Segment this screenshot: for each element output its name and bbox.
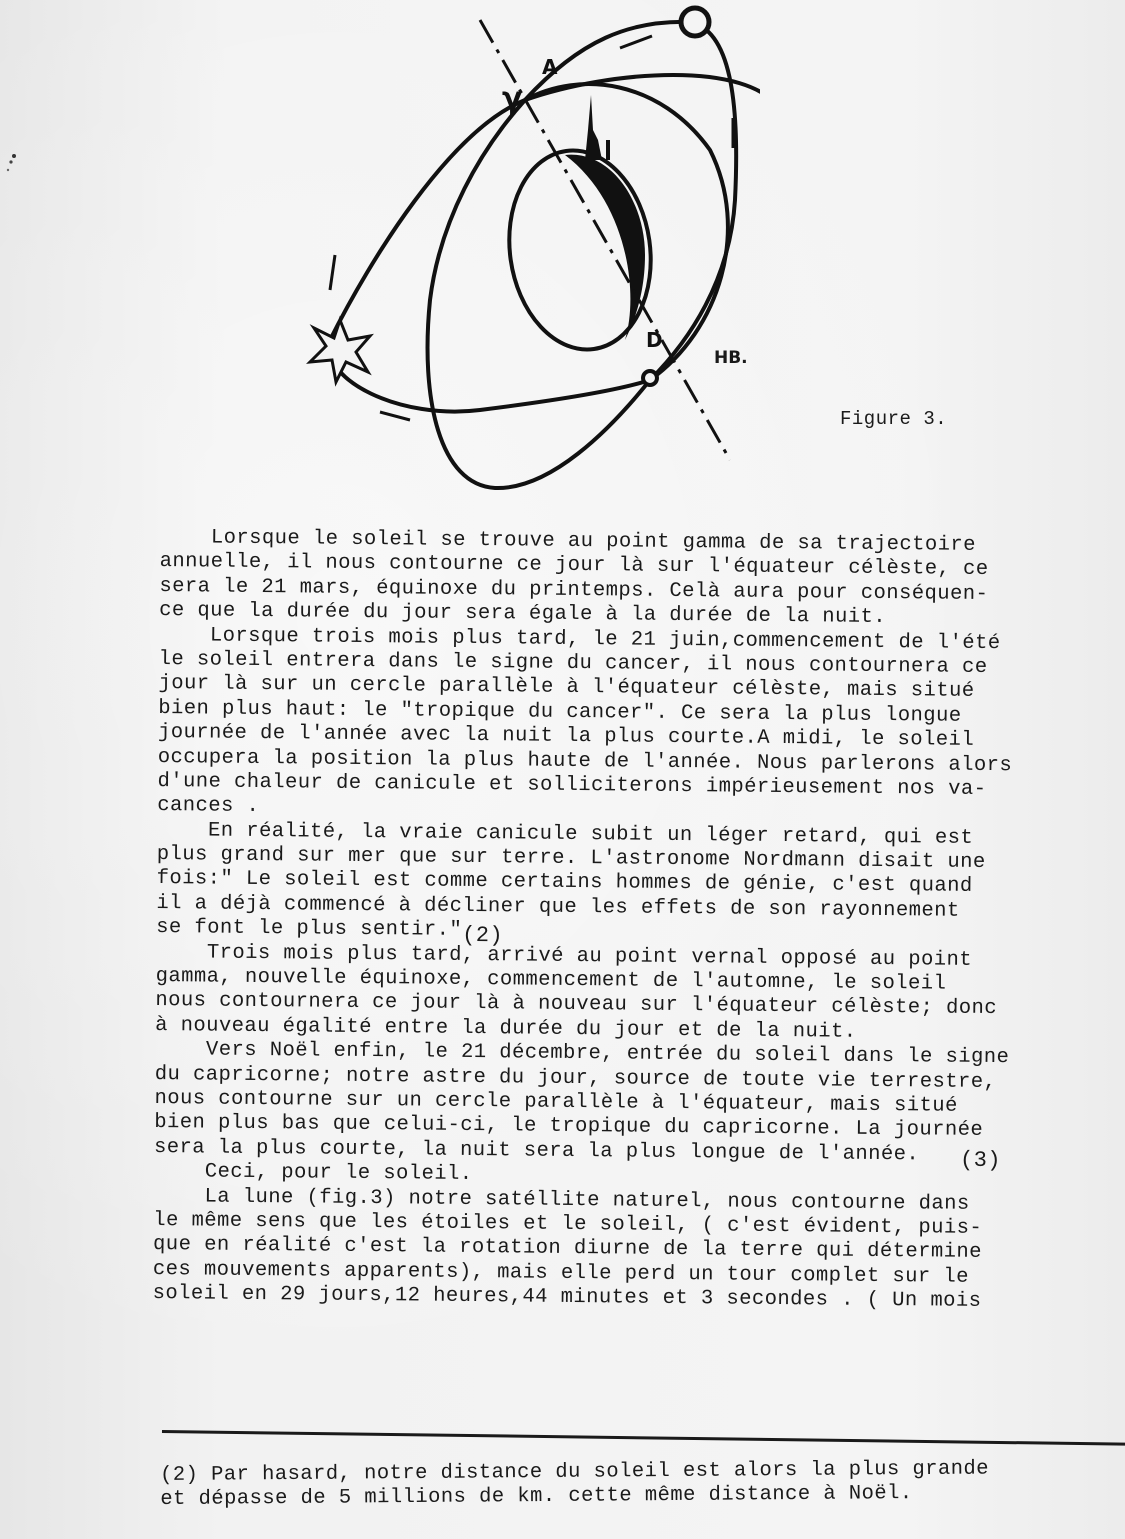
scan-speck <box>5 152 19 174</box>
main-text: Lorsque le soleil se trouve au point gam… <box>153 526 1125 1316</box>
arrow-moon-top <box>620 36 652 48</box>
arrow-left <box>330 255 335 290</box>
artist-signature: HB. <box>714 348 748 368</box>
gamma-symbol: γ <box>502 81 522 116</box>
cathedral-silhouette-icon <box>585 95 610 160</box>
figure-celestial-orbits: γ A D <box>280 0 760 500</box>
sun-orbit <box>329 75 760 412</box>
orbit-diagram: γ A D <box>280 0 760 500</box>
moon-orbit <box>428 22 737 488</box>
earth-shadow <box>565 155 645 340</box>
sun-star-icon <box>310 320 370 382</box>
label-a: A <box>542 55 558 79</box>
figure-caption: Figure 3. <box>840 408 947 430</box>
footnote: (2) Par hasard, notre distance du soleil… <box>160 1456 1125 1512</box>
arrow-bottom <box>380 412 410 420</box>
footnote-reference: (3) <box>919 1147 1001 1173</box>
moon-icon <box>681 8 709 36</box>
label-d: D <box>646 328 663 352</box>
moon-node-icon <box>643 371 657 385</box>
